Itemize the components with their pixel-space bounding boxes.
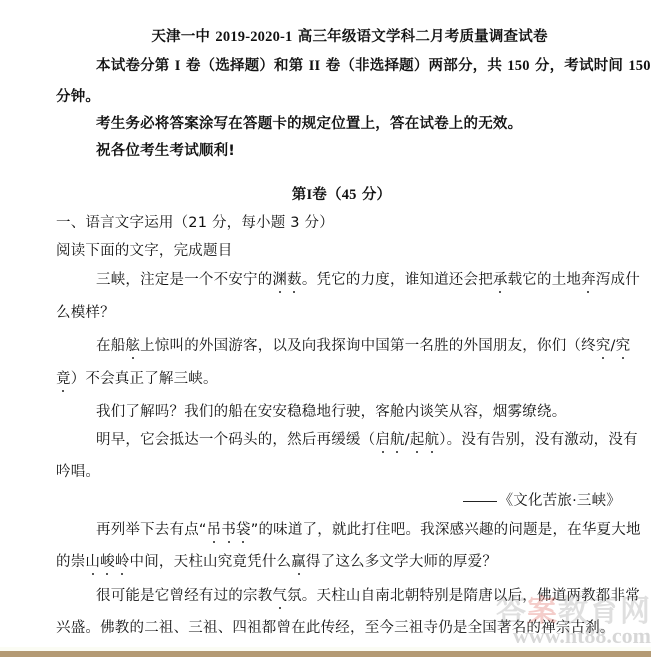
emphasized-char: 吊 (207, 522, 222, 538)
passage-p6-line2: 兴盛。佛教的二祖、三祖、四祖都曾在此传经，至今三祖寺仍是全国著名的禅宗古刹。 (56, 619, 615, 637)
notice-line-3: 考生务必将答案涂写在答题卡的规定位置上，答在试卷上的无效。 (96, 115, 522, 133)
passage-p2-line2: 竟）不会真正了解三峡。 (56, 370, 218, 388)
emphasized-char: 起 (410, 432, 425, 448)
emphasized-char: 舷 (125, 338, 140, 354)
emphasized-char: 启 (375, 432, 390, 448)
emphasized-char: 山 (85, 554, 100, 570)
passage-p3: 我们了解吗？我们的船在安安稳稳地行驶，客舱内谈笑从容，烟雾缭绕。 (96, 403, 566, 421)
emphasized-char: 奔 (581, 272, 596, 288)
emphasized-char: 竟 (56, 371, 71, 387)
passage-text: 。凭它的力度，谁知道还会把 (302, 272, 493, 288)
emphasized-char: 究 (596, 338, 611, 354)
emphasized-char: 气 (272, 588, 287, 604)
passage-text: ）。没有告别，没有激动，没有 (439, 432, 638, 448)
notice-text: 本试卷分第 (96, 58, 175, 74)
passage-p1-line2: 么模样？ (56, 304, 115, 322)
emphasized-char: 袋 (236, 522, 251, 538)
notice-line-4: 祝各位考生考试顺利! (96, 142, 235, 160)
passage-text: ”的味道了，就此打住吧。我深感兴趣的问题是，在华夏大地 (251, 522, 641, 538)
passage-p5-line2: 的崇山峻岭中间，天柱山究竟凭什么赢得了这么多文学大师的厚爱？ (56, 553, 497, 571)
passage-text: 中间，天柱山究竟凭什么 (130, 554, 292, 570)
total-score: 150 (507, 58, 529, 74)
passage-text: ）不会真正了解三峡。 (71, 371, 218, 387)
passage-attribution: 《文化苦旅·三峡》 (463, 492, 621, 510)
notice-roman: II (309, 58, 321, 74)
emphasized-char: 书 (221, 522, 236, 538)
passage-text: 载它的土地 (508, 272, 582, 288)
notice-text: 卷（选择题）和第 (181, 58, 309, 74)
instruction: 阅读下面的文字，完成题目 (56, 242, 232, 260)
exam-page: 天津一中 2019-2020-1 高三年级语文学科二月考质量调查试卷 本试卷分第… (0, 0, 651, 645)
exam-duration: 150 (628, 58, 650, 74)
emphasized-char: 峻 (100, 554, 115, 570)
exam-title: 天津一中 2019-2020-1 高三年级语文学科二月考质量调查试卷 (0, 28, 651, 46)
section-heading-text: 第 (292, 187, 307, 203)
section-heading-text: 卷（ (312, 187, 341, 203)
page-bottom-bar (0, 651, 651, 657)
passage-text: 得了这么多文学大师的厚爱？ (306, 554, 497, 570)
part-heading: 一、语言文字运用（21 分，每小题 3 分） (56, 214, 334, 232)
notice-line-2: 分钟。 (56, 88, 100, 106)
passage-text: 三峡，注定是一个不安宁的 (96, 272, 272, 288)
emphasized-char: 航 (390, 432, 405, 448)
passage-text: 很可能是它曾经有过的宗教 (96, 588, 272, 604)
passage-p2-line1: 在船舷上惊叫的外国游客，以及向我探询中国第一名胜的外国朋友，你们（终究/究 (96, 337, 630, 355)
emphasized-char: 赢 (291, 554, 306, 570)
emphasized-char: 薮 (287, 272, 302, 288)
emphasized-char: 承 (493, 272, 508, 288)
section-heading-text: 分） (357, 187, 392, 203)
passage-text: 泻成什 (596, 272, 640, 288)
em-dash (463, 501, 497, 502)
passage-text: 的崇 (56, 554, 85, 570)
passage-text: / (611, 338, 616, 354)
passage-text: 再列举下去有点“ (96, 522, 207, 538)
passage-text: 明早，它会抵达一个码头的，然后再缓缓（ (96, 432, 375, 448)
passage-text: 在船 (96, 338, 125, 354)
title-subject: 高三年级语文学科二月考质量调查试卷 (293, 29, 548, 45)
emphasized-char: 渊 (272, 272, 287, 288)
passage-p6-line1: 很可能是它曾经有过的宗教气氛。天柱山自南北朝特别是隋唐以后，佛道两教都非常 (96, 587, 640, 605)
passage-p1-line1: 三峡，注定是一个不安宁的渊薮。凭它的力度，谁知道还会把承载它的土地奔泻成什 (96, 271, 640, 289)
emphasized-char: 岭 (115, 554, 130, 570)
passage-text: 上惊叫的外国游客，以及向我探询中国第一名胜的外国朋友，你们（终 (140, 338, 596, 354)
section-heading: 第I卷（45 分） (0, 186, 651, 204)
notice-text: 卷（非选择题）两部分，共 (320, 58, 507, 74)
passage-text: 氛。天柱山自南北朝特别是隋唐以后，佛道两教都非常 (287, 588, 640, 604)
notice-text: 分，考试时间 (530, 58, 629, 74)
notice-line-1: 本试卷分第 I 卷（选择题）和第 II 卷（非选择题）两部分，共 150 分，考… (96, 57, 651, 75)
passage-p5-line1: 再列举下去有点“吊书袋”的味道了，就此打住吧。我深感兴趣的问题是，在华夏大地 (96, 521, 641, 539)
attribution-text: 《文化苦旅·三峡》 (499, 493, 621, 509)
title-year: 2019-2020-1 (215, 29, 292, 45)
section-score: 45 (342, 187, 357, 203)
title-school: 天津一中 (151, 29, 215, 45)
passage-p4-line1: 明早，它会抵达一个码头的，然后再缓缓（启航/起航）。没有告别，没有激动，没有 (96, 431, 638, 449)
emphasized-char: 航 (425, 432, 440, 448)
passage-p4-line2: 吟唱。 (56, 463, 100, 481)
emphasized-char: 究 (616, 338, 631, 354)
